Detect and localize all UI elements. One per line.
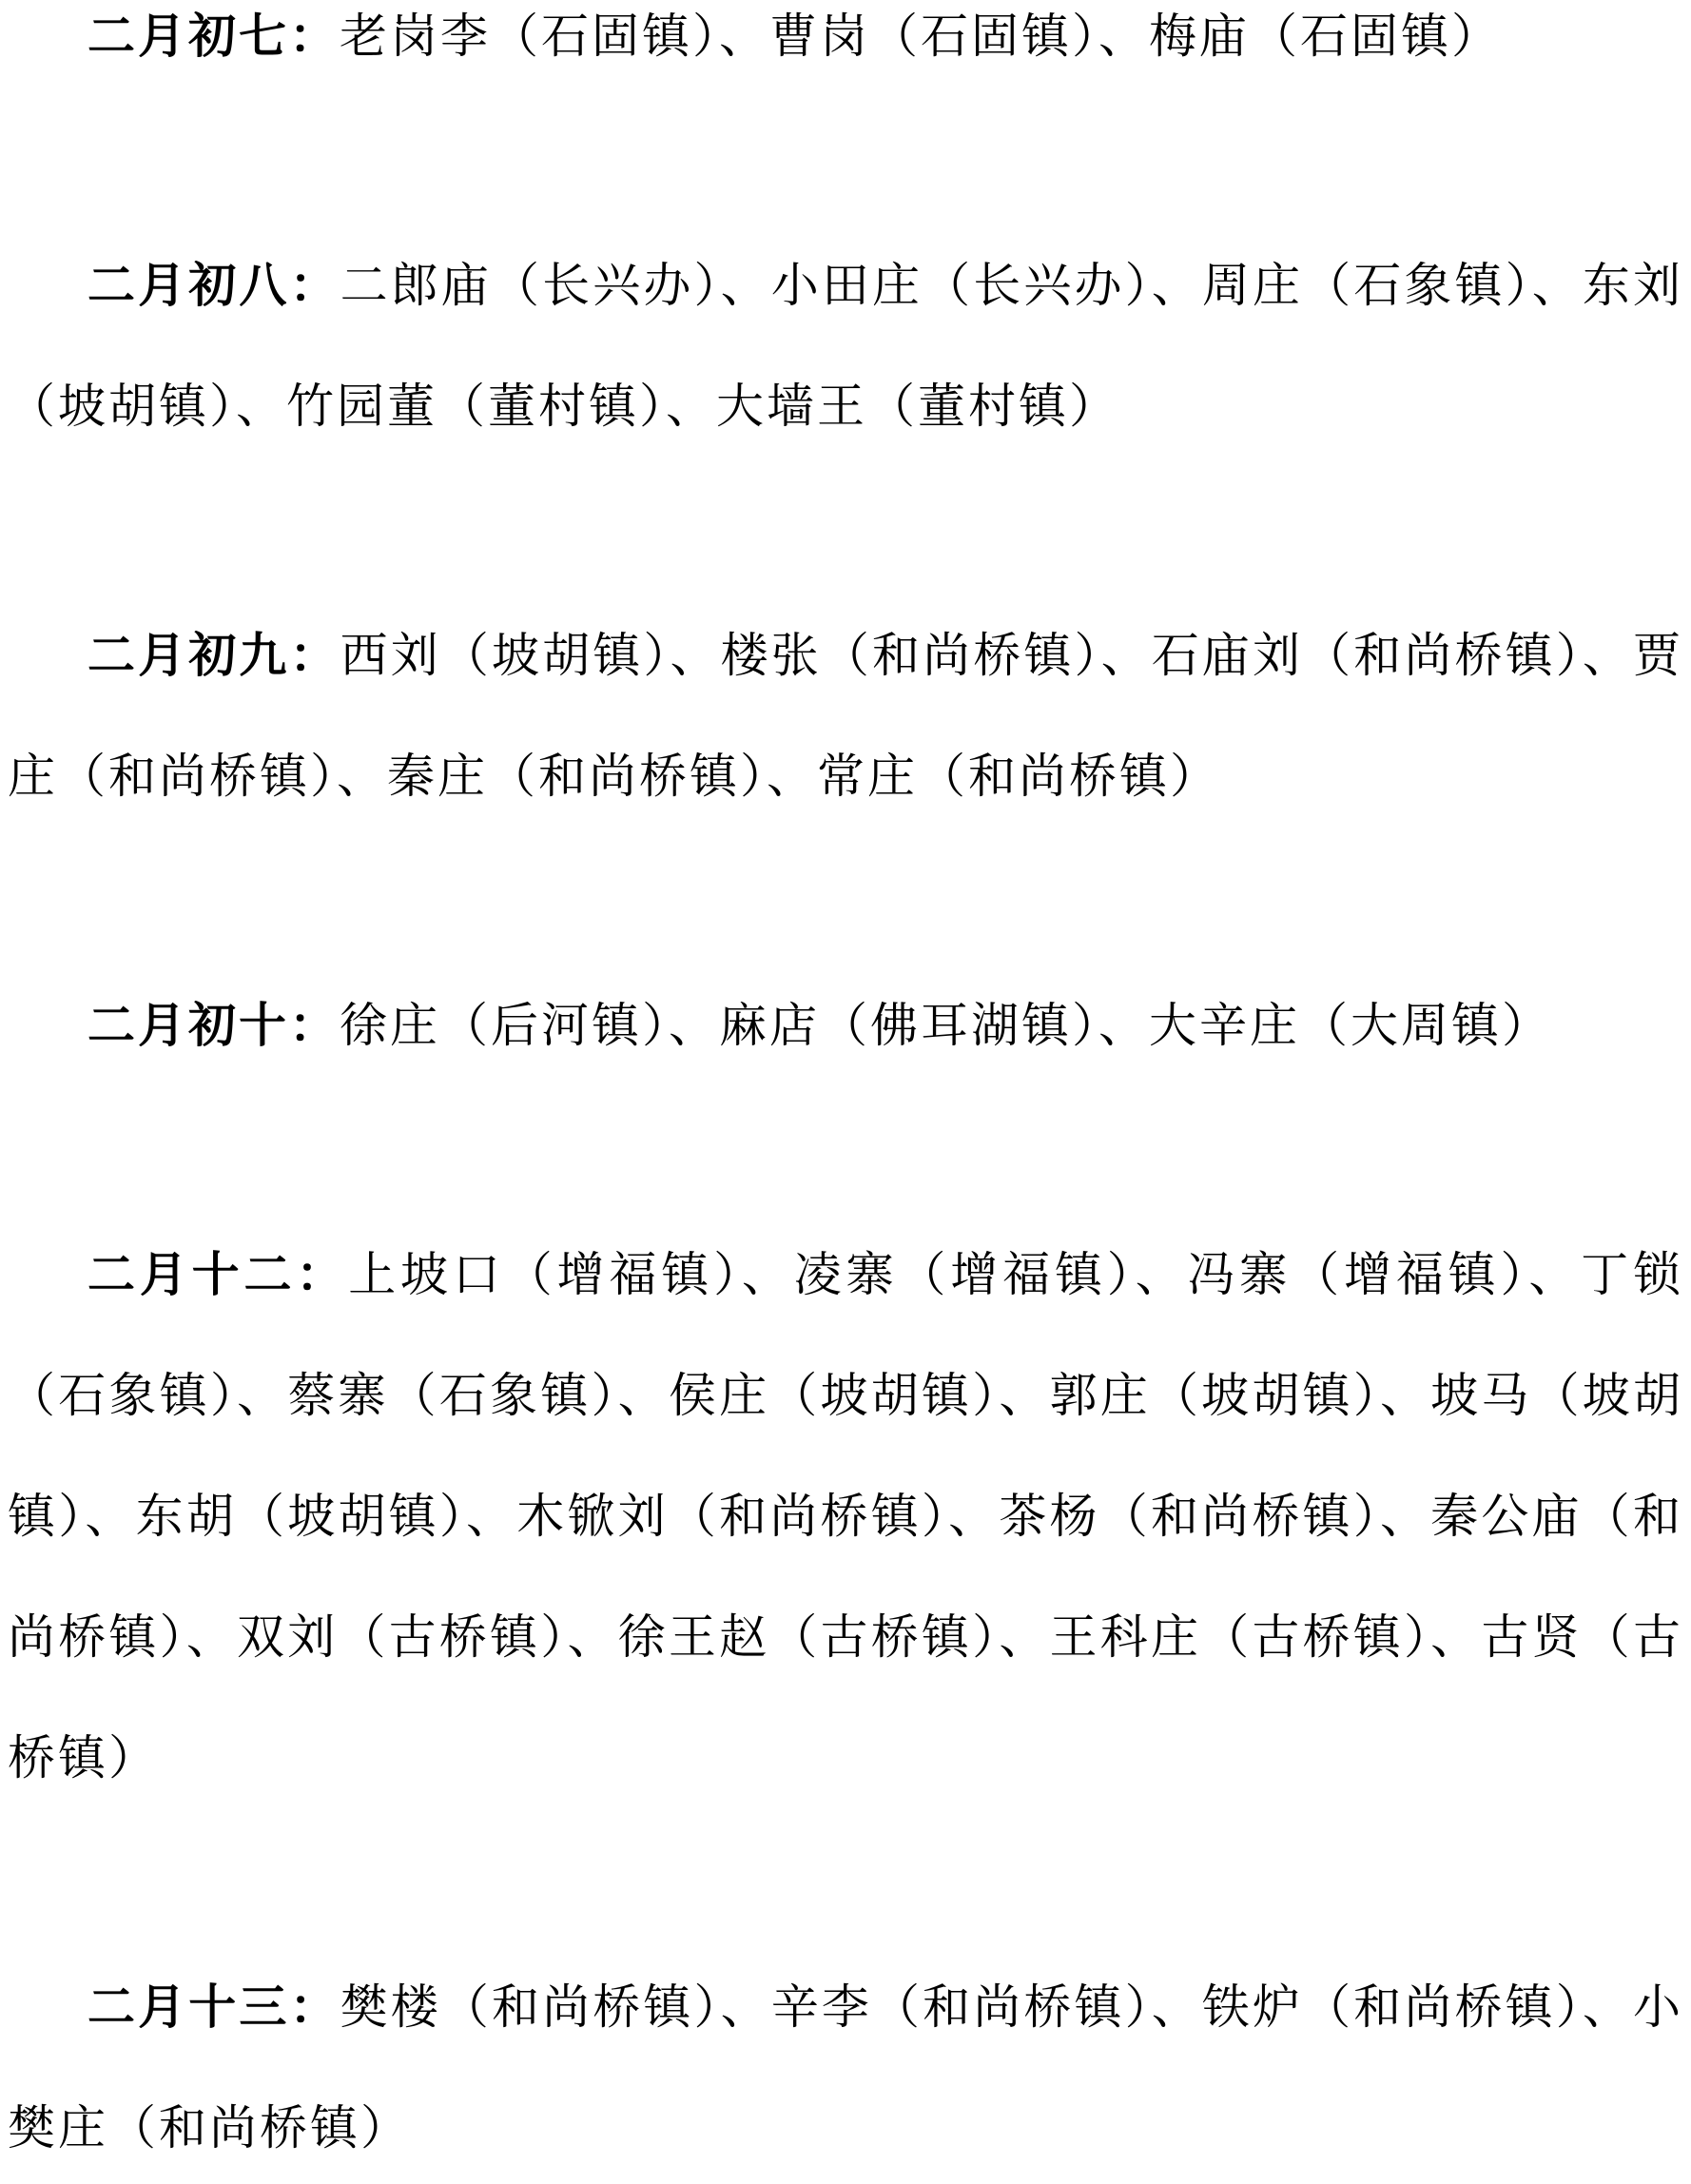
fair-schedule-entry: 二月十二：上坡口（增福镇）、凌寨（增福镇）、冯寨（增福镇）、丁锁（石象镇）、蔡寨…	[8, 1215, 1683, 1819]
fair-schedule-entry: 二月十三：樊楼（和尚桥镇）、辛李（和尚桥镇）、铁炉（和尚桥镇）、小樊庄（和尚桥镇…	[8, 1947, 1683, 2184]
fair-schedule-entry: 二月初十：徐庄（后河镇）、麻店（佛耳湖镇）、大辛庄（大周镇）	[8, 965, 1683, 1086]
date-label: 二月初十：	[87, 999, 340, 1052]
date-label: 二月初九：	[87, 629, 340, 682]
fair-schedule-entry: 二月初七：老岗李（石固镇）、曹岗（石固镇）、梅庙（石固镇）	[8, 0, 1683, 97]
date-label: 二月十二：	[87, 1248, 348, 1301]
villages-text: 徐庄（后河镇）、麻店（佛耳湖镇）、大辛庄（大周镇）	[340, 999, 1552, 1052]
fair-schedule-entry: 二月初八：二郎庙（长兴办）、小田庄（长兴办）、周庄（石象镇）、东刘（坡胡镇）、竹…	[8, 225, 1683, 467]
fair-schedule-entry: 二月初九：西刘（坡胡镇）、楼张（和尚桥镇）、石庙刘（和尚桥镇）、贾庄（和尚桥镇）…	[8, 595, 1683, 837]
villages-text: 上坡口（增福镇）、凌寨（增福镇）、冯寨（增福镇）、丁锁（石象镇）、蔡寨（石象镇）…	[8, 1248, 1683, 1784]
date-label: 二月十三：	[87, 1980, 340, 2034]
date-label: 二月初七：	[87, 10, 340, 63]
date-label: 二月初八：	[87, 259, 340, 312]
villages-text: 老岗李（石固镇）、曹岗（石固镇）、梅庙（石固镇）	[340, 10, 1502, 63]
document-page: 二月初七：老岗李（石固镇）、曹岗（石固镇）、梅庙（石固镇） 二月初八：二郎庙（长…	[0, 0, 1691, 2160]
